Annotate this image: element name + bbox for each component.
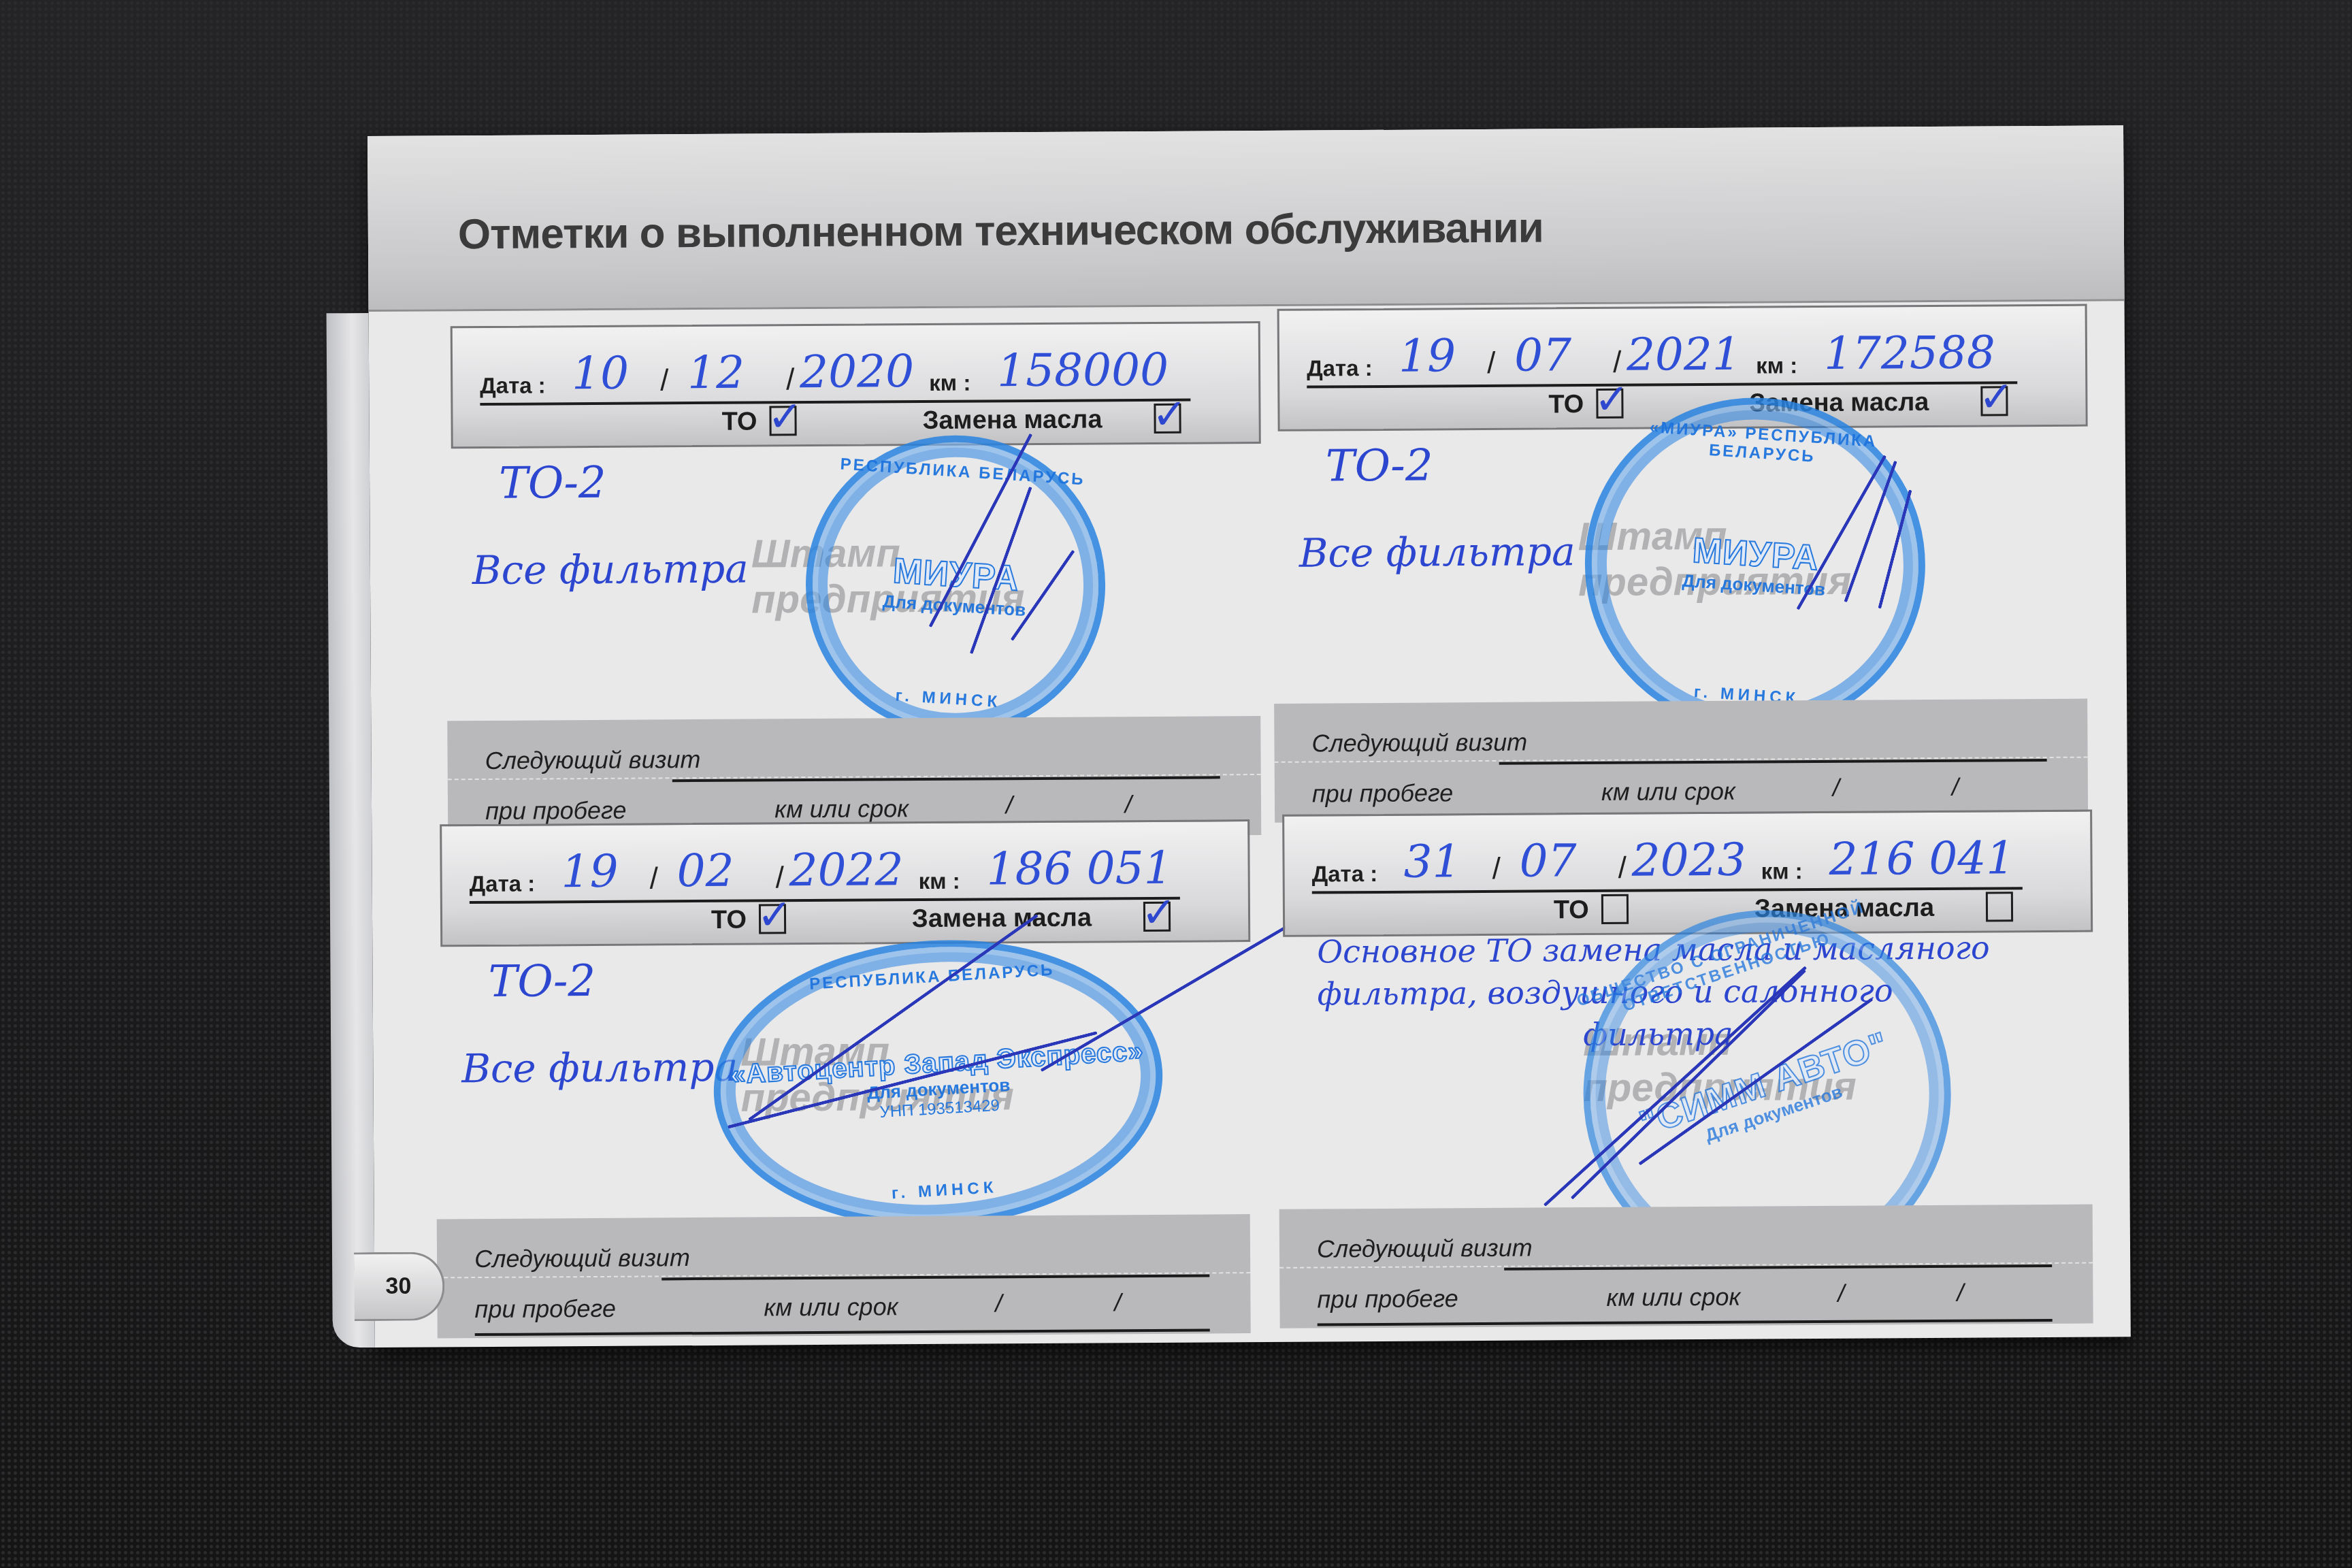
note-line: ТО-2 xyxy=(488,956,595,1007)
next-visit-label: Следующий визит xyxy=(1311,728,1527,758)
to-label: ТО xyxy=(1548,390,1584,419)
next-visit-section: Следующий визит при пробеге км или срок … xyxy=(1279,1205,2093,1328)
date-day-field[interactable]: 19 xyxy=(561,845,618,898)
oil-change-checkbox[interactable]: ✓ xyxy=(1154,404,1181,434)
date-label: Дата : xyxy=(1312,861,1378,887)
service-record-card: Дата : 10 / 12 / 2020 км : 158000 ТО ✓ З… xyxy=(451,321,1264,840)
next-visit-field[interactable] xyxy=(672,721,1220,782)
service-record-card: Дата : 19 / 02 / 2022 км : 186 051 ТО ✓ … xyxy=(440,819,1253,1338)
km-field[interactable]: 158000 xyxy=(997,344,1169,397)
to-label: ТО xyxy=(1554,896,1589,925)
date-label: Дата : xyxy=(470,871,536,898)
note-line: Все фильтра xyxy=(461,1044,738,1092)
oil-change-label: Замена масла xyxy=(922,405,1102,436)
note-line: Все фильтра xyxy=(472,546,749,593)
page-header: Отметки о выполненном техническом обслуж… xyxy=(367,125,2125,312)
service-record-card: Дата : 19 / 07 / 2021 км : 172588 ТО ✓ З… xyxy=(1277,304,2091,823)
oil-change-checkbox[interactable] xyxy=(1986,892,2013,921)
record-header: Дата : 19 / 02 / 2022 км : 186 051 ТО ✓ … xyxy=(440,819,1250,947)
note-line: ТО-2 xyxy=(499,458,606,509)
date-km-row: Дата : 19 / 07 / 2021 км : 172588 xyxy=(1307,320,2018,388)
service-booklet-page: Отметки о выполненном техническом обслуж… xyxy=(367,125,2131,1347)
date-label: Дата : xyxy=(1307,355,1373,382)
next-visit-field[interactable] xyxy=(661,1220,1209,1280)
date-day-field[interactable]: 19 xyxy=(1399,329,1456,382)
check-mark-icon: ✓ xyxy=(1978,376,2014,418)
next-visit-section: Следующий визит при пробеге км или срок … xyxy=(437,1214,1251,1338)
note-line: Все фильтра xyxy=(1299,528,1575,576)
next-visit-section: Следующий визит при пробеге км или срок … xyxy=(1274,699,2088,823)
check-mark-icon: ✓ xyxy=(767,395,802,438)
date-separator: / xyxy=(650,862,659,896)
km-label: км : xyxy=(929,370,970,396)
date-year-field[interactable]: 2020 xyxy=(800,345,914,398)
to-label: ТО xyxy=(711,906,747,935)
record-body: Штамп предприятия Основное ТО замена мас… xyxy=(1283,936,2094,1206)
next-visit-label: Следующий визит xyxy=(485,745,700,775)
date-label: Дата : xyxy=(480,372,546,399)
to-checkbox[interactable]: ✓ xyxy=(1596,389,1623,419)
oil-change-checkbox[interactable]: ✓ xyxy=(1980,386,2008,416)
to-checkbox[interactable] xyxy=(1601,894,1629,924)
km-field[interactable]: 172588 xyxy=(1824,326,1995,380)
stamp-city: г. МИНСК xyxy=(805,681,1092,718)
page-number-tab: 30 xyxy=(354,1252,445,1321)
date-separator: / xyxy=(660,363,669,397)
date-km-row: Дата : 10 / 12 / 2020 км : 158000 xyxy=(480,338,1191,406)
to-checkbox[interactable]: ✓ xyxy=(769,406,796,436)
date-month-field[interactable]: 12 xyxy=(687,346,745,399)
check-mark-icon: ✓ xyxy=(1594,378,1629,421)
date-day-field[interactable]: 10 xyxy=(572,347,629,400)
date-month-field[interactable]: 02 xyxy=(676,845,734,898)
date-year-field[interactable]: 2022 xyxy=(789,843,903,896)
date-month-field[interactable]: 07 xyxy=(1519,834,1576,887)
checkbox-row: ТО Замена масла xyxy=(1285,890,2091,932)
km-field[interactable]: 216 041 xyxy=(1829,832,2014,885)
date-day-field[interactable]: 31 xyxy=(1403,835,1460,888)
record-body: Штамп предприятия ТО-2Все фильтра РЕСПУБ… xyxy=(451,447,1262,717)
km-label: км : xyxy=(1761,858,1803,884)
record-header: Дата : 19 / 07 / 2021 км : 172588 ТО ✓ З… xyxy=(1277,304,2088,431)
next-visit-field[interactable] xyxy=(1504,1210,2052,1271)
next-visit-label: Следующий визит xyxy=(1317,1234,1533,1264)
oil-change-checkbox[interactable]: ✓ xyxy=(1143,902,1171,932)
record-header: Дата : 31 / 07 / 2023 км : 216 041 ТО За… xyxy=(1282,810,2093,937)
company-stamp: РЕСПУБЛИКА БЕЛАРУСЬ «Автоцентр Запад Экс… xyxy=(706,928,1171,1239)
next-visit-mileage-field[interactable] xyxy=(1317,1264,2052,1326)
next-visit-label: Следующий визит xyxy=(474,1243,690,1273)
service-record-card: Дата : 31 / 07 / 2023 км : 216 041 ТО За… xyxy=(1282,810,2095,1328)
record-header: Дата : 10 / 12 / 2020 км : 158000 ТО ✓ З… xyxy=(451,321,1261,448)
record-body: Штамп предприятия ТО-2Все фильтра РЕСПУБ… xyxy=(440,945,1252,1215)
page-title: Отметки о выполненном техническом обслуж… xyxy=(458,203,1543,259)
note-line: ТО-2 xyxy=(1326,440,1433,491)
to-label: ТО xyxy=(721,408,757,437)
date-year-field[interactable]: 2021 xyxy=(1627,328,1741,381)
check-mark-icon: ✓ xyxy=(1151,393,1187,436)
date-separator: / xyxy=(1492,852,1501,886)
record-body: Штамп предприятия ТО-2Все фильтра «МИУРА… xyxy=(1278,430,2089,700)
checkbox-row: ТО ✓ Замена масла ✓ xyxy=(442,900,1248,942)
stamp-ring-text: РЕСПУБЛИКА БЕЛАРУСЬ xyxy=(819,454,1106,491)
date-km-row: Дата : 19 / 02 / 2022 км : 186 051 xyxy=(469,836,1180,904)
check-mark-icon: ✓ xyxy=(757,894,792,936)
to-checkbox[interactable]: ✓ xyxy=(759,904,786,934)
oil-change-label: Замена масла xyxy=(912,904,1092,934)
next-visit-mileage-field[interactable] xyxy=(474,1274,1209,1336)
stamp-ring-text: РЕСПУБЛИКА БЕЛАРУСЬ xyxy=(714,955,1150,999)
date-year-field[interactable]: 2023 xyxy=(1631,834,1746,887)
date-separator: / xyxy=(1618,851,1627,885)
date-separator: / xyxy=(1487,346,1496,380)
km-label: км : xyxy=(919,868,960,894)
company-stamp: «МИУРА» РЕСПУБЛИКА БЕЛАРУСЬ МИУРА Для до… xyxy=(1575,387,1935,742)
date-km-row: Дата : 31 / 07 / 2023 км : 216 041 xyxy=(1311,826,2023,894)
checkbox-row: ТО ✓ Замена масла ✓ xyxy=(453,402,1258,444)
company-stamp: РЕСПУБЛИКА БЕЛАРУСЬ МИУРА Для документов… xyxy=(796,426,1114,744)
check-mark-icon: ✓ xyxy=(1141,892,1177,934)
stamp-city: г. МИНСК xyxy=(726,1169,1162,1213)
date-month-field[interactable]: 07 xyxy=(1514,329,1571,382)
km-label: км : xyxy=(1756,353,1797,378)
booklet-spine xyxy=(327,313,375,1347)
next-visit-field[interactable] xyxy=(1499,704,2046,765)
